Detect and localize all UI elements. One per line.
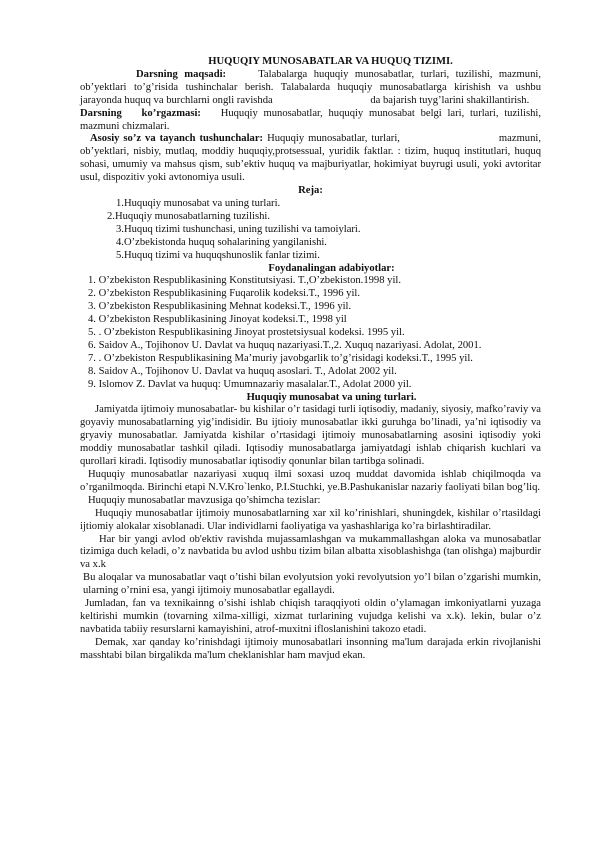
literature-item: 6. Saidov A., Tojihonov U. Davlat va huq… — [80, 340, 541, 353]
literature-item: 4. O’zbekiston Respublikasining Jinoyat … — [80, 314, 541, 327]
lesson-goal-text-b: da bajarish tuyg’larini shakillantirish. — [370, 95, 529, 106]
section-paragraph: Huquqiy munosabatlar nazariyasi xuquq il… — [80, 469, 541, 495]
lesson-visuals-label: Darsning ko’rgazmasi: — [80, 108, 201, 119]
literature-item: 9. Islomov Z. Davlat va huquq: Umumnazar… — [80, 379, 541, 392]
section-heading-text: Huquqiy munosabat va uning turlari. — [247, 392, 417, 403]
literature-heading: Foydanalingan adabiyotlar: — [80, 263, 541, 276]
document-page: HUQUQIY MUNOSABATLAR VA HUQUQ TIZIMI. Da… — [80, 56, 541, 663]
plan-item-text: 4.O’zbekistonda huquq sohalarining yangi… — [116, 237, 327, 248]
plan-list: 1.Huquqiy munosabat va uning turlari. 2.… — [80, 198, 541, 263]
plan-heading-text: Reja: — [298, 185, 323, 196]
section-heading: Huquqiy munosabat va uning turlari. — [80, 392, 541, 405]
literature-item: 3. O’zbekiston Respublikasining Mehnat k… — [80, 301, 541, 314]
plan-item: 3.Huquq tizimi tushunchasi, uning tuzili… — [80, 224, 541, 237]
section-paragraph: Huquqiy munosabatlar ijtimoiy munosabatl… — [80, 508, 541, 534]
plan-heading: Reja: — [80, 185, 541, 198]
plan-item: 5.Huquq tizimi va huquqshunoslik fanlar … — [80, 250, 541, 263]
literature-heading-text: Foydanalingan adabiyotlar: — [268, 263, 394, 274]
lesson-goal: Darsning maqsadi: Talabalarga huquqiy mu… — [80, 69, 541, 108]
key-concepts: Asosiy so’z va tayanch tushunchalar: Huq… — [80, 133, 541, 185]
section-paragraph: Demak, xar qanday ko’rinishdagi ijtimoiy… — [80, 637, 541, 663]
section-paragraph: Huquqiy munosabatlar mavzusiga qo’shimch… — [80, 495, 541, 508]
section-paragraph: Jumladan, fan va texnikainng o’sishi ish… — [80, 598, 541, 637]
plan-item: 4.O’zbekistonda huquq sohalarining yangi… — [80, 237, 541, 250]
literature-item: 5. . O’zbekiston Respublikasining Jinoya… — [80, 327, 541, 340]
literature-item: 8. Saidov A., Tojihonov U. Davlat va huq… — [80, 366, 541, 379]
lesson-visuals: Darsning ko’rgazmasi: Huquqiy munosabatl… — [80, 108, 541, 134]
key-concepts-label: Asosiy so’z va tayanch tushunchalar: — [90, 133, 263, 144]
section-paragraph: Har bir yangi avlod ob'ektiv ravishda mu… — [80, 534, 541, 573]
document-title: HUQUQIY MUNOSABATLAR VA HUQUQ TIZIMI. — [80, 56, 541, 69]
lesson-goal-label: Darsning maqsadi: — [136, 69, 226, 80]
plan-item: 1.Huquqiy munosabat va uning turlari. — [80, 198, 541, 211]
plan-item: 2.Huquqiy munosabatlarning tuzilishi. — [80, 211, 541, 224]
literature-list: 1. O’zbekiston Respublikasining Konstitu… — [80, 275, 541, 391]
section-paragraph: Jamiyatda ijtimoiy munosabatlar- bu kish… — [80, 404, 541, 469]
literature-item: 2. O’zbekiston Respublikasining Fuqaroli… — [80, 288, 541, 301]
section-paragraph: Bu aloqalar va munosabatlar vaqt o’tishi… — [80, 572, 541, 598]
literature-item: 1. O’zbekiston Respublikasining Konstitu… — [80, 275, 541, 288]
literature-item: 7. . O’zbekiston Respublikasining Ma’mur… — [80, 353, 541, 366]
key-concepts-text-a: Huquqiy munosabatlar, turlari, — [267, 133, 400, 144]
